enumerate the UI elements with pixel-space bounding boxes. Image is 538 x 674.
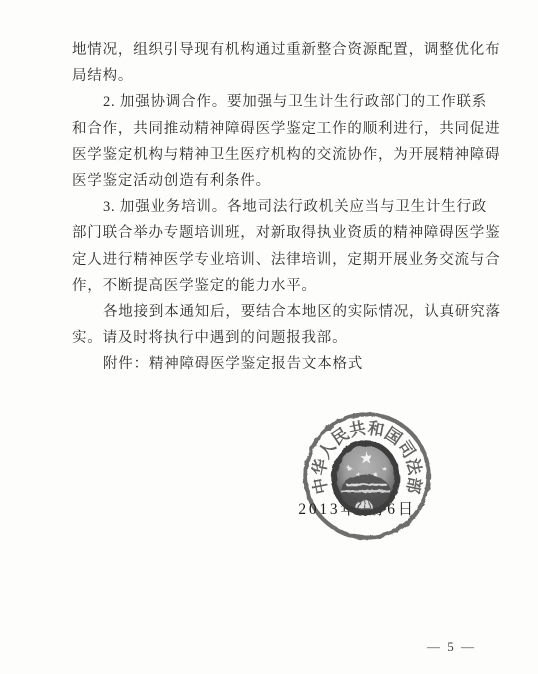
text-line: 附件：精神障碍医学鉴定报告文本格式 <box>72 352 502 378</box>
text-line: 实。请及时将执行中遇到的问题报我部。 <box>72 326 502 352</box>
text-line: 定人进行精神医学专业培训、法律培训，定期开展业务交流与合 <box>72 248 502 274</box>
page-number: — 5 — <box>427 639 476 655</box>
text-line: 局结构。 <box>72 64 502 90</box>
text-line: 地情况，组织引导现有机构通过重新整合资源配置，调整优化布 <box>72 38 502 64</box>
emblem-roof-line <box>341 490 390 492</box>
text-line: 医学鉴定活动创造有利条件。 <box>72 169 502 195</box>
text-line: 2. 加强协调合作。要加强与卫生计生行政部门的工作联系 <box>72 90 502 116</box>
emblem-roof-line <box>346 484 387 486</box>
text-line: 和合作，共同推动精神障碍医学鉴定工作的顺利进行，共同促进 <box>72 117 502 143</box>
text-line: 部门联合举办专题培训班，对新取得执业资质的精神障碍医学鉴 <box>72 221 502 247</box>
text-line: 医学鉴定机构与精神卫生医疗机构的交流协作，为开展精神障碍 <box>72 143 502 169</box>
document-page: 地情况，组织引导现有机构通过重新整合资源配置，调整优化布局结构。2. 加强协调合… <box>0 0 538 674</box>
text-line: 3. 加强业务培训。各地司法行政机关应当与卫生计生行政 <box>72 195 502 221</box>
star-icon: ★ <box>372 471 378 479</box>
seal-graphic: 中华人民共和国司法部 2013年3月6日 ★ ★ ★ ★ ★ <box>297 406 437 546</box>
national-emblem-icon: ★ ★ ★ ★ ★ <box>334 443 397 513</box>
star-icon: ★ <box>359 448 374 467</box>
star-icon: ★ <box>381 465 387 473</box>
text-line: 各地接到本通知后，要结合本地区的实际情况，认真研究落 <box>72 300 502 326</box>
star-icon: ★ <box>355 471 361 479</box>
official-seal: 中华人民共和国司法部 2013年3月6日 ★ ★ ★ ★ ★ <box>297 406 437 546</box>
body-text: 地情况，组织引导现有机构通过重新整合资源配置，调整优化布局结构。2. 加强协调合… <box>72 38 502 378</box>
text-line: 作，不断提高医学鉴定的能力水平。 <box>72 274 502 300</box>
star-icon: ★ <box>346 465 352 473</box>
